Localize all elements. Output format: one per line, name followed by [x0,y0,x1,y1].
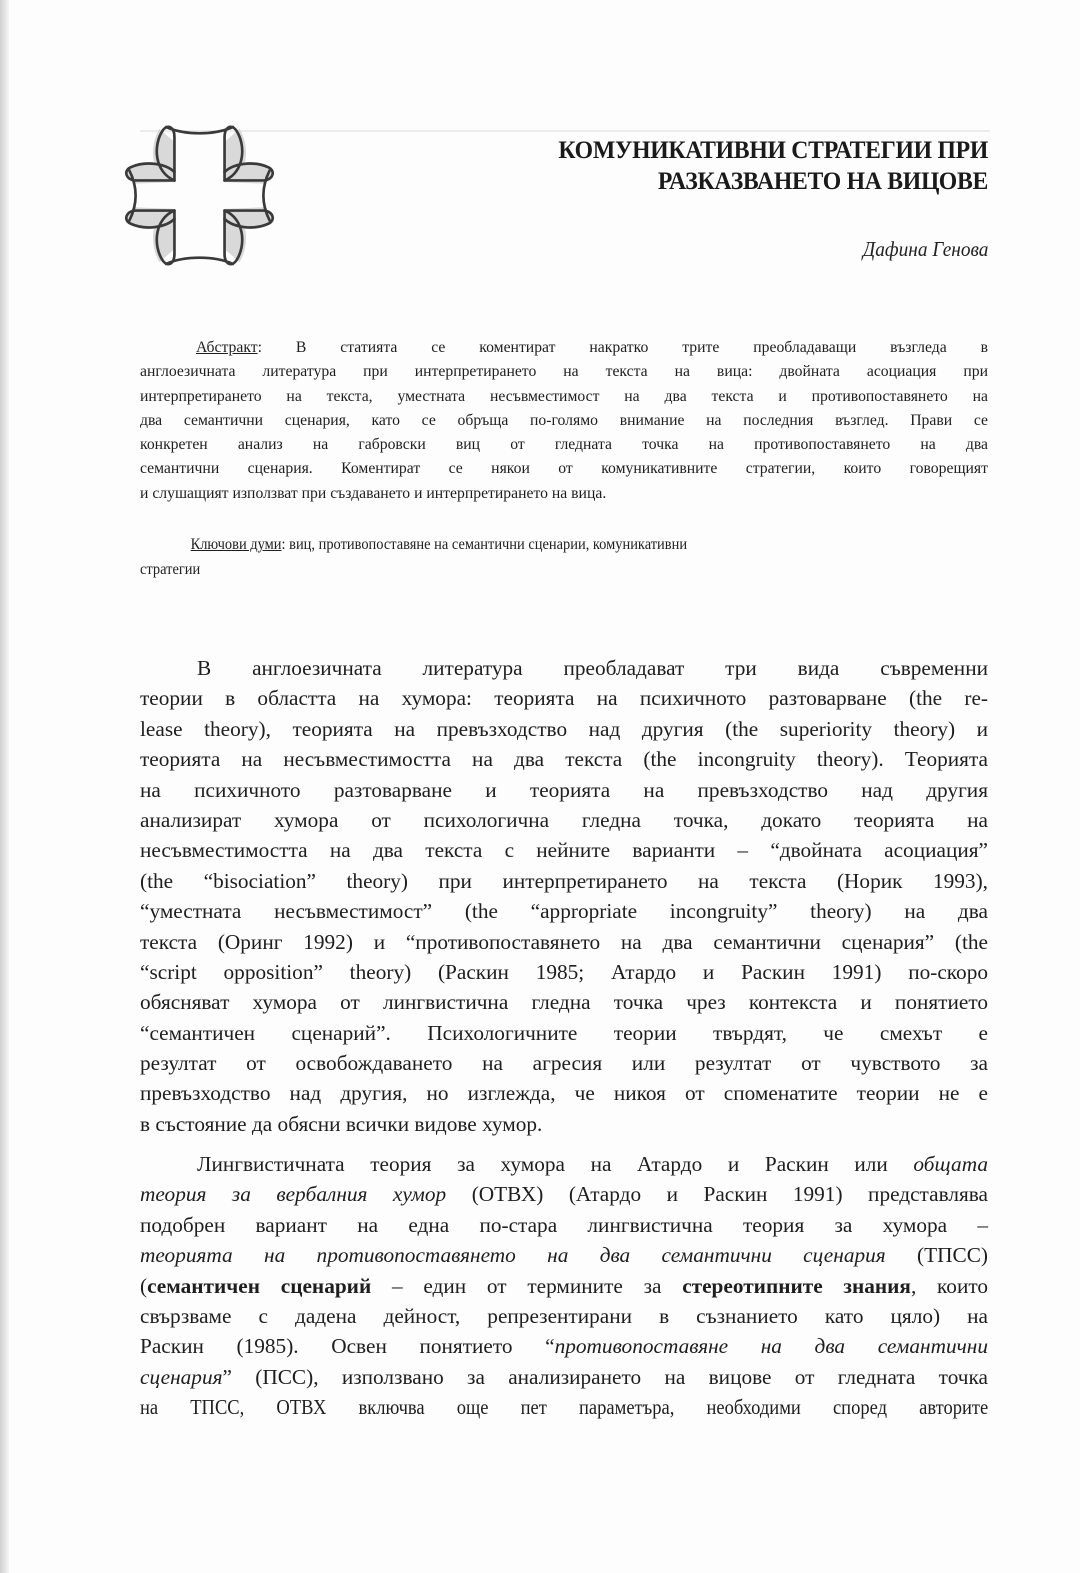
body-line: теорията на несъвместимостта на два текс… [140,744,988,774]
body-line: Лингвистичната теория за хумора на Атард… [140,1149,988,1179]
abstract-line: два семантични сценария, като се обръща … [140,409,988,433]
paper-title-line-2: РАЗКАЗВАНЕТО НА ВИЦОВЕ [558,165,988,196]
body-paragraph-1: В англоезичната литература преобладават … [140,653,988,1139]
paper-title-line-1: КОМУНИКАТИВНИ СТРАТЕГИИ ПРИ [558,134,988,165]
scan-page-edge [0,0,9,1573]
body-line: “семантичен сценарий”. Психологичните те… [140,1018,988,1048]
paper-title: КОМУНИКАТИВНИ СТРАТЕГИИ ПРИ РАЗКАЗВАНЕТО… [558,134,988,196]
term-semantic-script: семантичен сценарий [147,1274,371,1298]
abstract-line: и слушащият използват при създаването и … [140,482,988,506]
keywords-label: Ключови думи [191,536,282,553]
body-line: Раскин (1985). Освен понятието “противоп… [140,1331,988,1361]
celtic-cross-ornament-icon [108,112,291,279]
keywords: Ключови думи: виц, противопоставяне на с… [140,533,988,582]
keywords-line: Ключови думи: виц, противопоставяне на с… [140,533,950,558]
abstract-line: семантични сценария. Коментират се някои… [140,457,988,481]
abstract-line: конкретен анализ на габровски виц от гле… [140,433,988,457]
body-line: превъзходство над другия, но изглежда, ч… [140,1078,988,1108]
body-line: “уместната несъвместимост” (the “appropr… [140,896,988,926]
abstract-label: Абстракт [196,339,258,356]
body-line: на психичното разтоварване и теорията на… [140,775,988,805]
body-line: свързваме с дадена дейност, репрезентира… [140,1301,988,1331]
body-line: несъвместимостта на два текста с нейните… [140,835,988,865]
body-line: сценария” (ПСС), използвано за анализира… [140,1362,988,1392]
body-line: (семантичен сценарий – един от термините… [140,1271,988,1301]
abstract: Абстракт: В статията се коментират накра… [140,336,988,506]
body-line: lease theory), теорията на превъзходство… [140,714,988,744]
body-line: (the “bisociation” theory) при интерпрет… [140,866,988,896]
author-name: Дафина Генова [862,237,988,262]
body-line: подобрен вариант на една по-стара лингви… [140,1210,988,1240]
body-paragraph-2: Лингвистичната теория за хумора на Атард… [140,1149,988,1423]
body-line: анализират хумора от психологична гледна… [140,805,988,835]
body-line: текста (Оринг 1992) и “противопоставянет… [140,927,988,957]
body-line: в състояние да обясни всички видове хумо… [140,1109,988,1139]
body-line: теория за вербалния хумор (ОТВХ) (Атардо… [140,1179,988,1209]
body-line: В англоезичната литература преобладават … [140,653,988,683]
abstract-line: Абстракт: В статията се коментират накра… [140,336,988,360]
keywords-line: стратегии [140,558,950,583]
body-line: “script opposition” theory) (Раскин 1985… [140,957,988,987]
body-line: обясняват хумора от лингвистична гледна … [140,987,988,1017]
body-line: теории в областта на хумора: теорията на… [140,683,988,713]
abstract-line: англоезичната литература при интерпретир… [140,360,988,384]
abstract-line: интерпретирането на текста, уместната не… [140,385,988,409]
body-line: на ТПСС, ОТВХ включва още пет параметъра… [140,1392,988,1422]
term-stereotype-knowledge: стереотипните знания [682,1274,911,1298]
body-line: теорията на противопоставянето на два се… [140,1240,988,1270]
body-line: резултат от освобождаването на агресия и… [140,1048,988,1078]
